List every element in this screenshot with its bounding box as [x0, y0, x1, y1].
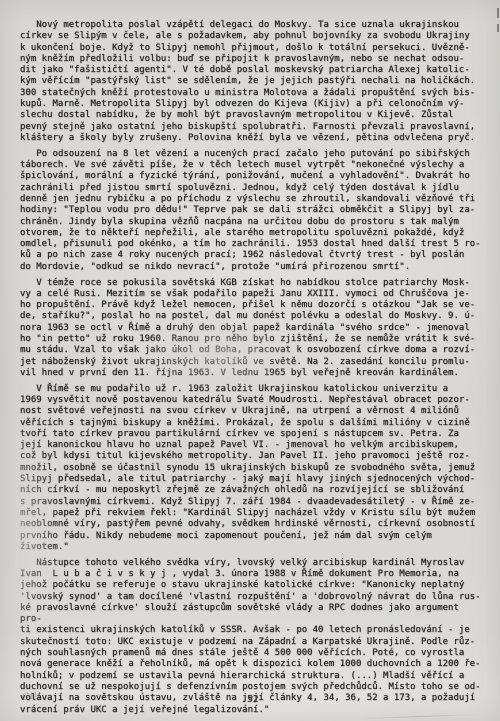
page-number: .52	[0, 694, 500, 705]
document-body-text: Nový metropolita poslal vzápětí delegaci…	[20, 20, 484, 716]
paragraph-new-metropolitan: Nový metropolita poslal vzápětí delegaci…	[20, 20, 484, 144]
paragraph-siberian-camps: Po odsouzení na 8 let vězení a nucených …	[20, 149, 484, 273]
paragraph-rome-university-death: V Římě se mu podařilo už r. 1963 založit…	[20, 384, 484, 553]
page-footer: Cili .52	[0, 694, 500, 714]
scan-edge-artifact	[497, 8, 499, 18]
scan-edge-artifact	[497, 24, 499, 32]
scanned-document-page: Nový metropolita poslal vzápětí delegaci…	[0, 0, 500, 721]
paragraph-lubacivskyj-pro-memoria: Nástupce tohoto velkého svědka víry, lvo…	[20, 558, 484, 716]
paragraph-kgb-offer-release: V témže roce se pokusila sovětská KGB zí…	[20, 278, 484, 380]
